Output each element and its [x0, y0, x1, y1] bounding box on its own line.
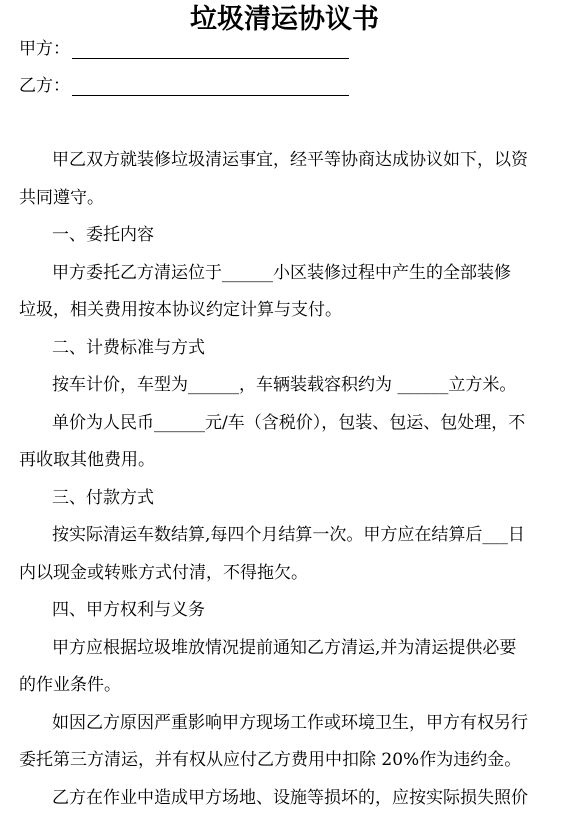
paragraph-party-a-obligations: 甲方应根据垃圾堆放情况提前通知乙方清运,并为清运提供必要 的作业条件。: [19, 630, 550, 705]
paragraph-breach-penalty: 如因乙方原因严重影响甲方现场工作或环境卫生，甲方有权另行 委托第三方清运，并有权…: [19, 705, 550, 780]
section-heading-3-payment: 三、付款方式: [19, 480, 550, 518]
party-b-blank-line: [72, 77, 349, 96]
party-b-label: 乙方：: [19, 77, 70, 96]
paragraph-preamble: 甲乙双方就装修垃圾清运事宜，经平等协商达成协议如下，以资 共同遵守。: [19, 142, 550, 217]
paragraph-payment-terms: 按实际清运车数结算,每四个月结算一次。甲方应在结算后___日 内以现金或转账方式…: [19, 517, 550, 592]
section-heading-2-pricing: 二、计费标准与方式: [19, 330, 550, 368]
document-body: 甲乙双方就装修垃圾清运事宜，经平等协商达成协议如下，以资 共同遵守。 一、委托内…: [19, 142, 550, 817]
section-heading-4-party-a-rights: 四、甲方权利与义务: [19, 592, 550, 630]
section-heading-1-entrust-content: 一、委托内容: [19, 217, 550, 255]
party-b-row: 乙方：: [19, 59, 550, 96]
paragraph-entrust-content: 甲方委托乙方清运位于______小区装修过程中产生的全部装修 垃圾，相关费用按本…: [19, 255, 550, 330]
party-a-label: 甲方：: [19, 40, 70, 59]
party-a-blank-line: [72, 40, 349, 59]
paragraph-pricing-per-truck: 按车计价，车型为______，车辆装载容积约为 ______立方米。: [19, 367, 550, 405]
paragraph-damage-compensation: 乙方在作业中造成甲方场地、设施等损坏的，应按实际损失照价: [19, 780, 550, 818]
paragraph-unit-price: 单价为人民币______元/车（含税价），包装、包运、包处理，不 再收取其他费用…: [19, 405, 550, 480]
document-page: 垃圾清运协议书 甲方： 乙方： 甲乙双方就装修垃圾清运事宜，经平等协商达成协议如…: [0, 0, 569, 828]
